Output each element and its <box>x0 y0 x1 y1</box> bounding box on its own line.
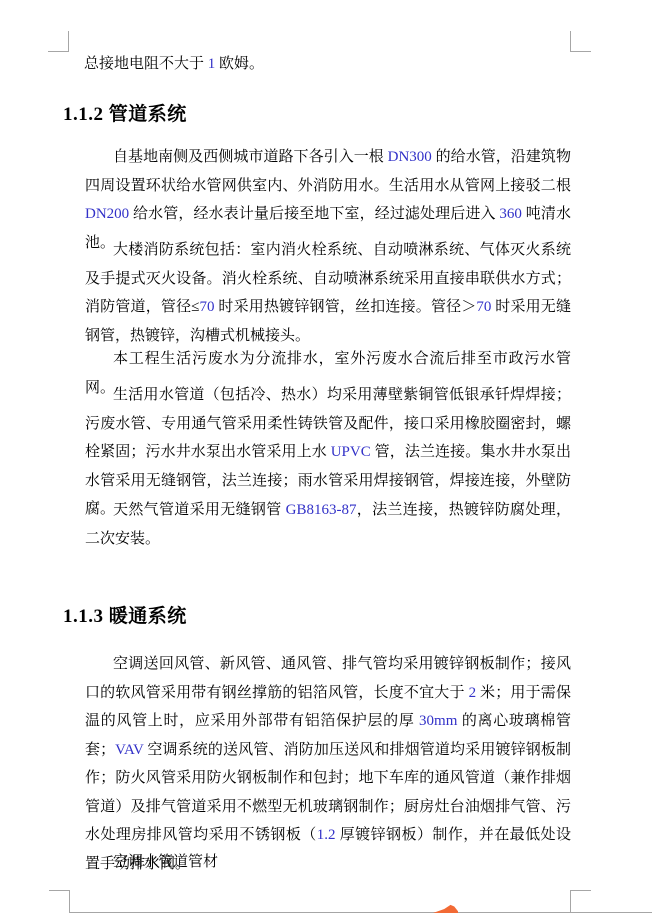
text-run: 时采用热镀锌钢管，丝扣连接。管径＞ <box>215 299 477 315</box>
text-run: 空调水管道管材 <box>113 854 218 870</box>
text-run-highlight: 30mm <box>419 713 457 729</box>
text-run-highlight: 70 <box>476 299 491 315</box>
table-top-border-line <box>70 912 652 913</box>
orange-logo-fragment-icon <box>433 904 458 913</box>
paragraph-hvac-ducts: 空调送回风管、新风管、通风管、排气管均采用镀锌钢板制作；接风口的软风管采用带有钢… <box>85 650 571 878</box>
text-run-highlight: DN200 <box>85 206 129 222</box>
text-boundary-mark-bottom-right <box>570 890 591 913</box>
text-run-highlight: VAV <box>115 742 143 758</box>
text-run-highlight: 2 <box>469 685 477 701</box>
paragraph-chilled-water-pipe: 空调水管道管材 <box>85 848 571 877</box>
paragraph-fire-protection: 大楼消防系统包括：室内消火栓系统、自动喷淋系统、气体灭火系统及手提式灭火设备。消… <box>85 236 571 350</box>
section-heading-hvac-system: 1.1.3 暖通系统 <box>63 604 187 630</box>
paragraph-gas-pipe: 天然气管道采用无缝钢管 GB8163-87，法兰连接，热镀锌防腐处理，二次安装。 <box>85 496 571 553</box>
text-run-highlight: 360 <box>499 206 522 222</box>
text-run-highlight: DN300 <box>388 149 432 165</box>
document-page: 总接地电阻不大于 1 欧姆。 1.1.2 管道系统 自基地南侧及西侧城市道路下各… <box>0 0 652 914</box>
text-run-highlight: 1.2 <box>317 827 336 843</box>
text-run-highlight: GB8163-87 <box>286 502 357 518</box>
text-boundary-mark-top-left <box>48 31 69 52</box>
text-run: 给水管，经水表计量后接至地下室，经过滤处理后进入 <box>129 206 499 222</box>
text-run: 总接地电阻不大于 <box>84 56 208 72</box>
text-run: 自基地南侧及西侧城市道路下各引入一根 <box>113 149 388 165</box>
text-run: 欧姆。 <box>215 56 264 72</box>
paragraph-grounding-resistance: 总接地电阻不大于 1 欧姆。 <box>84 50 571 79</box>
text-run-highlight: UPVC <box>331 444 371 460</box>
text-run-highlight: 70 <box>200 299 215 315</box>
text-run: 天然气管道采用无缝钢管 <box>113 502 286 518</box>
text-boundary-mark-top-right <box>570 31 591 52</box>
text-boundary-mark-bottom-left <box>49 890 70 913</box>
section-heading-piping-system: 1.1.2 管道系统 <box>63 102 187 128</box>
